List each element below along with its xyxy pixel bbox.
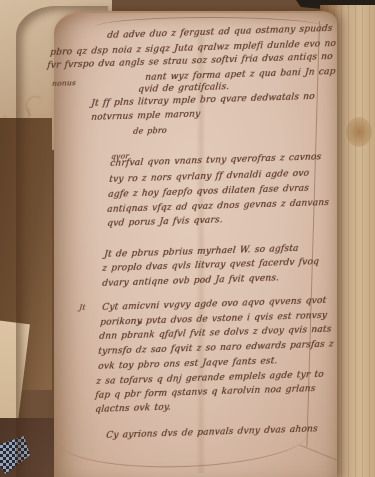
manuscript-photo: dd adve duo z fergust ad qua ostmany spu… xyxy=(0,0,375,477)
fore-edge-stain xyxy=(346,117,372,147)
section-heading: de pbro xyxy=(133,127,167,137)
margin-note: nonus xyxy=(52,79,77,88)
paragraph-mark: Jt xyxy=(79,304,86,312)
